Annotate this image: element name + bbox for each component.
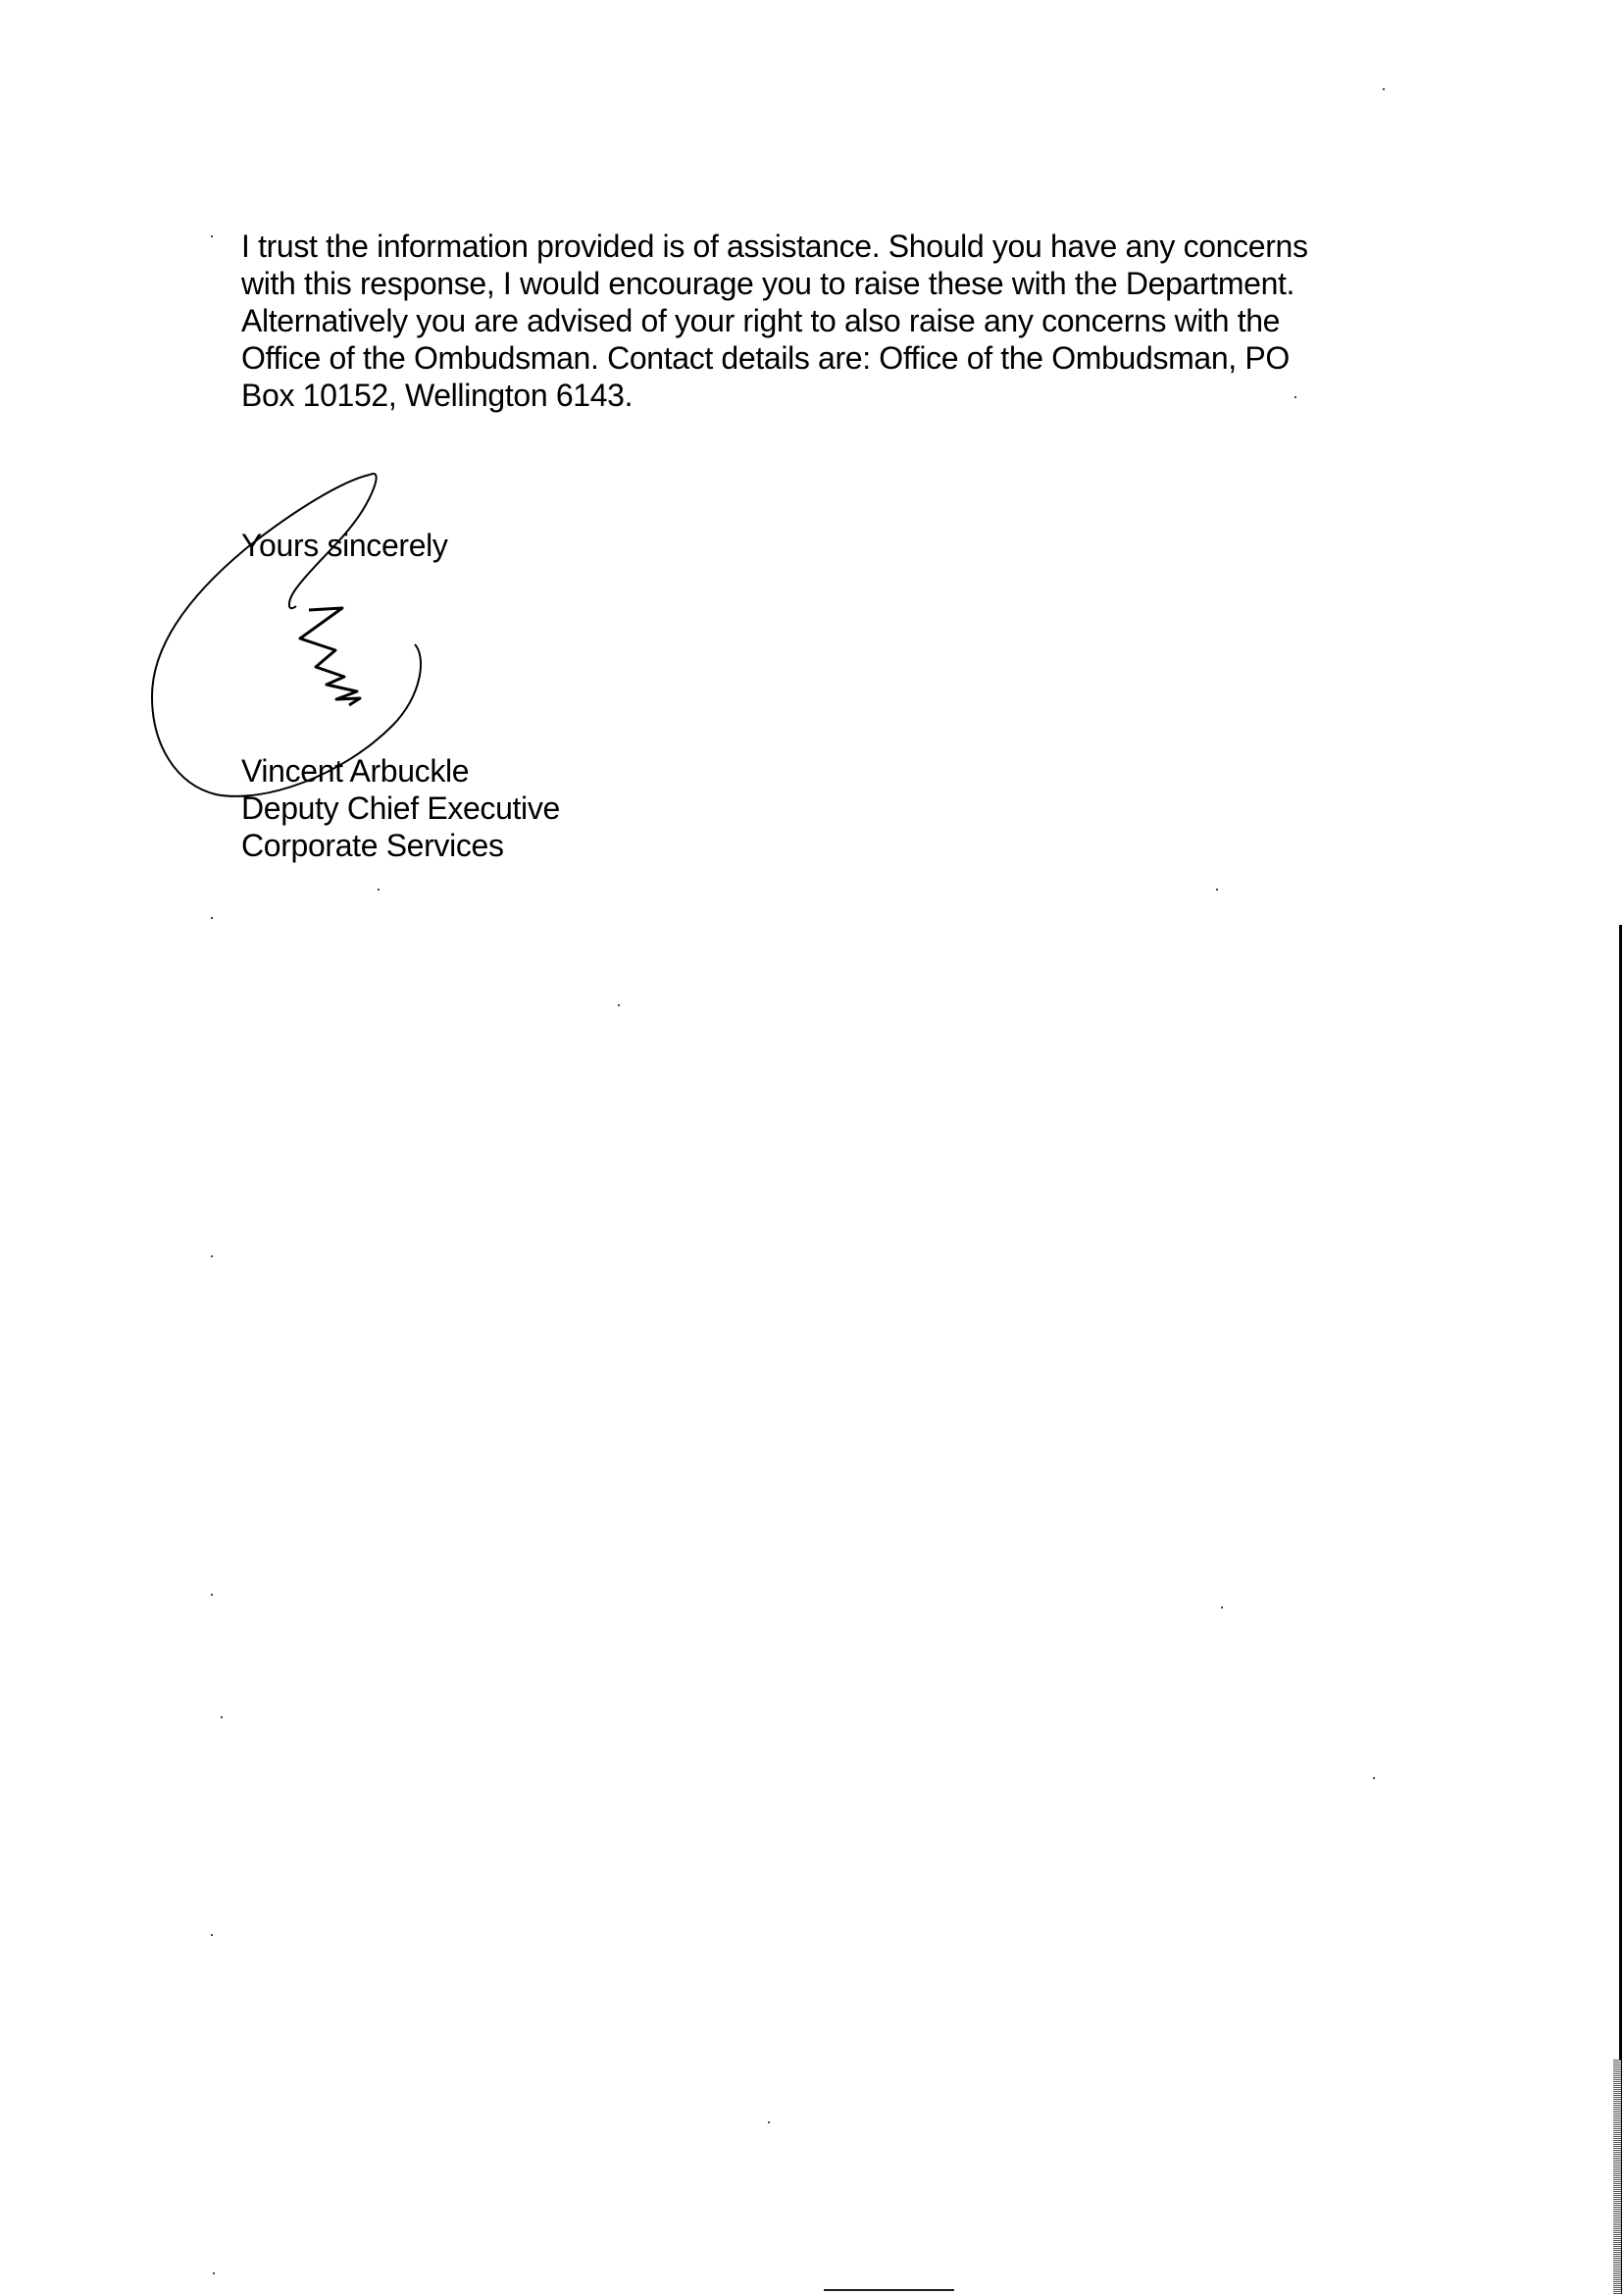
scan-speck [1221,1606,1223,1608]
paragraph-line: I trust the information provided is of a… [241,228,1308,265]
scan-speck [211,1255,213,1257]
closing-paragraph: I trust the information provided is of a… [241,228,1308,414]
scan-speck [618,1004,620,1006]
paragraph-line: with this response, I would encourage yo… [241,265,1308,302]
scan-speck [378,889,380,891]
scan-speck [213,2272,215,2274]
valediction: Yours sincerely [241,527,448,564]
letter-page: I trust the information provided is of a… [0,0,1624,2294]
scan-edge-band [1613,2060,1621,2294]
scan-bottom-line [824,2289,954,2291]
signature-block: Vincent Arbuckle Deputy Chief Executive … [241,752,560,864]
scan-speck [211,235,213,237]
scan-speck [1383,88,1385,90]
paragraph-line: Box 10152, Wellington 6143. [241,377,1308,414]
scan-speck [211,1934,213,1936]
scan-speck [221,1716,223,1718]
signatory-name: Vincent Arbuckle [241,752,560,790]
paragraph-line: Office of the Ombudsman. Contact details… [241,339,1308,377]
signatory-title: Deputy Chief Executive [241,790,560,827]
scan-speck [768,2121,770,2123]
scan-speck [1294,396,1296,398]
paragraph-line: Alternatively you are advised of your ri… [241,302,1308,339]
signatory-division: Corporate Services [241,827,560,864]
scan-speck [211,917,213,919]
scan-speck [1373,1777,1375,1779]
scan-speck [211,1594,213,1596]
scan-speck [1216,889,1218,891]
